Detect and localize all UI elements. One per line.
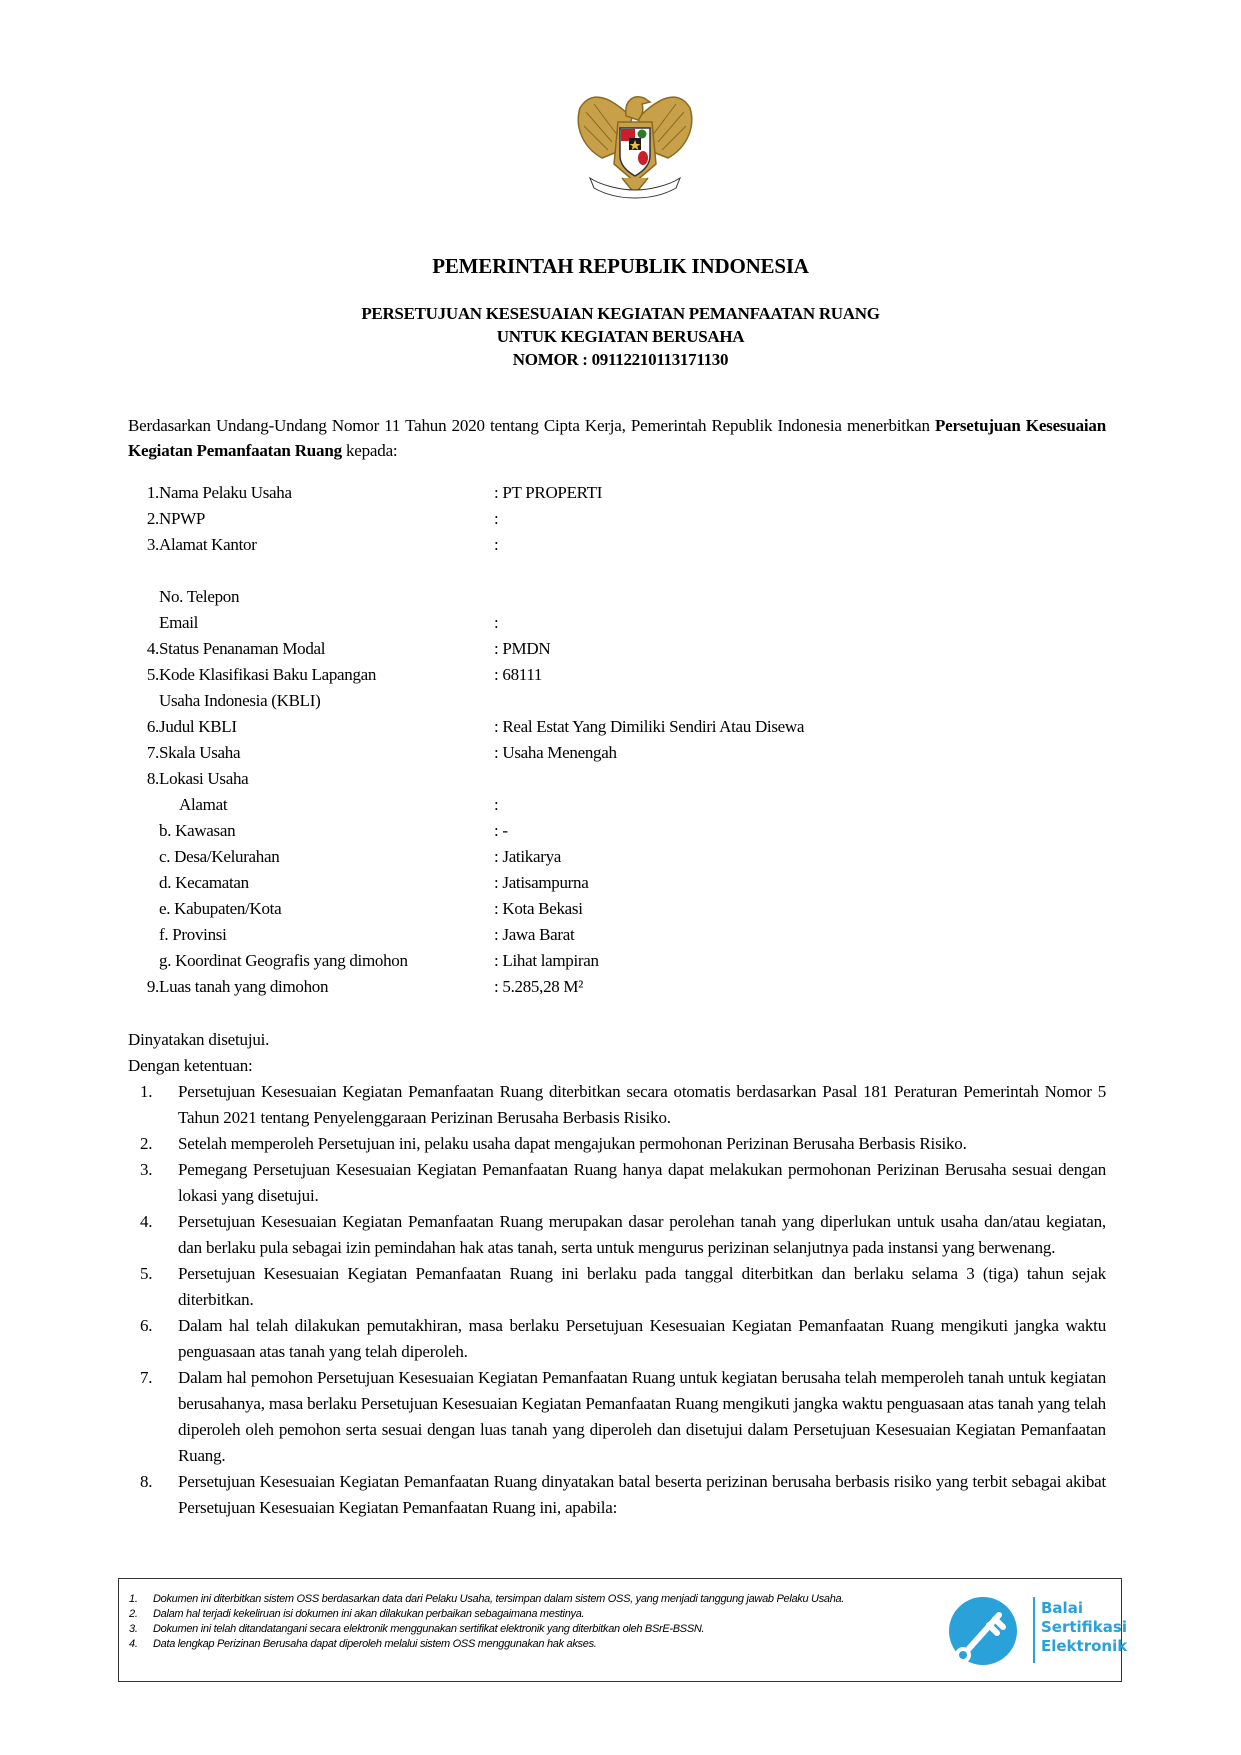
- condition-item: 6.Dalam hal telah dilakukan pemutakhiran…: [128, 1313, 1106, 1365]
- intro-paragraph: Berdasarkan Undang-Undang Nomor 11 Tahun…: [128, 413, 1106, 463]
- field-row: 6.Judul KBLI: Real Estat Yang Dimiliki S…: [139, 714, 939, 740]
- field-label: Email: [159, 610, 198, 636]
- condition-item: 8.Persetujuan Kesesuaian Kegiatan Pemanf…: [128, 1469, 1106, 1521]
- footer-note-number: 1.: [129, 1592, 138, 1607]
- field-label: Usaha Indonesia (KBLI): [159, 688, 320, 714]
- field-label: No. Telepon: [159, 584, 239, 610]
- document-title-line2: UNTUK KEGIATAN BERUSAHA: [0, 325, 1241, 348]
- field-value: :: [494, 792, 498, 818]
- field-value: : Kota Bekasi: [494, 896, 583, 922]
- bse-logo-text: Balai Sertifikasi Elektronik: [1041, 1599, 1127, 1656]
- condition-number: 5.: [140, 1261, 152, 1287]
- field-number: 7.: [139, 740, 159, 766]
- logo-text-line2: Sertifikasi: [1041, 1618, 1127, 1637]
- approval-statement: Dinyatakan disetujui.: [128, 1027, 1106, 1053]
- field-value: : 5.285,28 M²: [494, 974, 583, 1000]
- field-value: : -: [494, 818, 508, 844]
- document-title-line1: PERSETUJUAN KESESUAIAN KEGIATAN PEMANFAA…: [0, 302, 1241, 325]
- field-value: : Lihat lampiran: [494, 948, 599, 974]
- field-value: :: [494, 532, 498, 558]
- condition-number: 2.: [140, 1131, 152, 1157]
- field-number: 3.: [139, 532, 159, 558]
- conditions-heading: Dengan ketentuan:: [128, 1053, 1106, 1079]
- condition-item: 7.Dalam hal pemohon Persetujuan Kesesuai…: [128, 1365, 1106, 1469]
- document-title: PERSETUJUAN KESESUAIAN KEGIATAN PEMANFAA…: [0, 302, 1241, 371]
- field-value: : 68111: [494, 662, 542, 688]
- conditions-list: 1.Persetujuan Kesesuaian Kegiatan Pemanf…: [128, 1079, 1106, 1521]
- field-row: 2.NPWP:: [139, 506, 939, 532]
- field-row: Email:: [139, 610, 939, 636]
- field-row: d. Kecamatan: Jatisampurna: [139, 870, 939, 896]
- field-label: Kode Klasifikasi Baku Lapangan: [159, 662, 376, 688]
- condition-text: Persetujuan Kesesuaian Kegiatan Pemanfaa…: [178, 1212, 1106, 1257]
- field-number: 6.: [139, 714, 159, 740]
- field-label: e. Kabupaten/Kota: [159, 896, 281, 922]
- footer-note-number: 4.: [129, 1637, 138, 1652]
- field-value: : Real Estat Yang Dimiliki Sendiri Atau …: [494, 714, 804, 740]
- condition-number: 7.: [140, 1365, 152, 1391]
- field-row: c. Desa/Kelurahan: Jatikarya: [139, 844, 939, 870]
- applicant-fields: 1.Nama Pelaku Usaha: PT PROPERTI2.NPWP:3…: [139, 480, 939, 1000]
- field-label: Status Penanaman Modal: [159, 636, 325, 662]
- condition-item: 4.Persetujuan Kesesuaian Kegiatan Pemanf…: [128, 1209, 1106, 1261]
- condition-item: 5.Persetujuan Kesesuaian Kegiatan Pemanf…: [128, 1261, 1106, 1313]
- footer-note: 1.Dokumen ini diterbitkan sistem OSS ber…: [129, 1592, 959, 1607]
- field-label: c. Desa/Kelurahan: [159, 844, 279, 870]
- field-label: Skala Usaha: [159, 740, 240, 766]
- field-value: :: [494, 506, 498, 532]
- field-value: : Usaha Menengah: [494, 740, 617, 766]
- field-label: Nama Pelaku Usaha: [159, 480, 292, 506]
- field-row: f. Provinsi: Jawa Barat: [139, 922, 939, 948]
- field-number: 4.: [139, 636, 159, 662]
- field-row: [139, 558, 939, 584]
- condition-text: Dalam hal telah dilakukan pemutakhiran, …: [178, 1316, 1106, 1361]
- field-label: b. Kawasan: [159, 818, 235, 844]
- footer-note-text: Dalam hal terjadi kekeliruan isi dokumen…: [153, 1608, 584, 1620]
- field-value: : Jatikarya: [494, 844, 561, 870]
- footer-note: 2.Dalam hal terjadi kekeliruan isi dokum…: [129, 1607, 959, 1622]
- logo-divider: [1033, 1597, 1035, 1663]
- field-row: e. Kabupaten/Kota: Kota Bekasi: [139, 896, 939, 922]
- field-label: Judul KBLI: [159, 714, 237, 740]
- condition-item: 2.Setelah memperoleh Persetujuan ini, pe…: [128, 1131, 1106, 1157]
- field-row: 9.Luas tanah yang dimohon: 5.285,28 M²: [139, 974, 939, 1000]
- footer-note-number: 3.: [129, 1622, 138, 1637]
- field-row: 7.Skala Usaha: Usaha Menengah: [139, 740, 939, 766]
- government-title: PEMERINTAH REPUBLIK INDONESIA: [0, 254, 1241, 279]
- field-row: 1.Nama Pelaku Usaha: PT PROPERTI: [139, 480, 939, 506]
- footer-note-text: Dokumen ini diterbitkan sistem OSS berda…: [153, 1593, 844, 1605]
- field-label: NPWP: [159, 506, 205, 532]
- intro-text-after: kepada:: [342, 441, 398, 460]
- document-number: NOMOR : 09112210113171130: [0, 348, 1241, 371]
- field-row: 5.Kode Klasifikasi Baku Lapangan: 68111: [139, 662, 939, 688]
- footer-note: 3.Dokumen ini telah ditandatangani secar…: [129, 1622, 959, 1637]
- footer-notes: 1.Dokumen ini diterbitkan sistem OSS ber…: [129, 1592, 959, 1652]
- condition-item: 3.Pemegang Persetujuan Kesesuaian Kegiat…: [128, 1157, 1106, 1209]
- condition-text: Dalam hal pemohon Persetujuan Kesesuaian…: [178, 1368, 1106, 1465]
- footer-note-number: 2.: [129, 1607, 138, 1622]
- field-number: 1.: [139, 480, 159, 506]
- approval-section: Dinyatakan disetujui. Dengan ketentuan: …: [128, 1027, 1106, 1521]
- condition-item: 1.Persetujuan Kesesuaian Kegiatan Pemanf…: [128, 1079, 1106, 1131]
- garuda-emblem-icon: [572, 78, 698, 202]
- condition-number: 4.: [140, 1209, 152, 1235]
- condition-text: Setelah memperoleh Persetujuan ini, pela…: [178, 1134, 967, 1153]
- condition-text: Persetujuan Kesesuaian Kegiatan Pemanfaa…: [178, 1082, 1106, 1127]
- field-label: d. Kecamatan: [159, 870, 249, 896]
- condition-number: 1.: [140, 1079, 152, 1105]
- field-label: g. Koordinat Geografis yang dimohon: [159, 948, 408, 974]
- footer-notes-box: 1.Dokumen ini diterbitkan sistem OSS ber…: [118, 1578, 1122, 1682]
- field-value: : PMDN: [494, 636, 550, 662]
- field-row: 3.Alamat Kantor:: [139, 532, 939, 558]
- footer-note-text: Dokumen ini telah ditandatangani secara …: [153, 1623, 704, 1635]
- field-number: 9.: [139, 974, 159, 1000]
- footer-note-text: Data lengkap Perizinan Berusaha dapat di…: [153, 1638, 597, 1650]
- field-label: f. Provinsi: [159, 922, 227, 948]
- condition-text: Persetujuan Kesesuaian Kegiatan Pemanfaa…: [178, 1472, 1106, 1517]
- field-number: 8.: [139, 766, 159, 792]
- field-row: No. Telepon: [139, 584, 939, 610]
- bse-logo: Balai Sertifikasi Elektronik: [943, 1591, 1113, 1671]
- condition-number: 6.: [140, 1313, 152, 1339]
- field-value: :: [494, 610, 498, 636]
- field-row: Alamat:: [139, 792, 939, 818]
- field-label: Alamat Kantor: [159, 532, 257, 558]
- condition-number: 3.: [140, 1157, 152, 1183]
- logo-text-line1: Balai: [1041, 1599, 1127, 1618]
- field-row: g. Koordinat Geografis yang dimohon: Lih…: [139, 948, 939, 974]
- field-number: 2.: [139, 506, 159, 532]
- intro-text-before: Berdasarkan Undang-Undang Nomor 11 Tahun…: [128, 416, 935, 435]
- field-number: 5.: [139, 662, 159, 688]
- condition-text: Pemegang Persetujuan Kesesuaian Kegiatan…: [178, 1160, 1106, 1205]
- field-row: Usaha Indonesia (KBLI): [139, 688, 939, 714]
- field-value: : Jawa Barat: [494, 922, 574, 948]
- condition-number: 8.: [140, 1469, 152, 1495]
- field-label: Alamat: [179, 792, 227, 818]
- field-value: : PT PROPERTI: [494, 480, 602, 506]
- key-icon: [943, 1591, 1027, 1671]
- field-row: 8.Lokasi Usaha: [139, 766, 939, 792]
- logo-text-line3: Elektronik: [1041, 1637, 1127, 1656]
- condition-text: Persetujuan Kesesuaian Kegiatan Pemanfaa…: [178, 1264, 1106, 1309]
- field-value: : Jatisampurna: [494, 870, 588, 896]
- footer-note: 4.Data lengkap Perizinan Berusaha dapat …: [129, 1637, 959, 1652]
- field-row: b. Kawasan: -: [139, 818, 939, 844]
- field-label: Lokasi Usaha: [159, 766, 248, 792]
- field-row: 4.Status Penanaman Modal: PMDN: [139, 636, 939, 662]
- field-label: Luas tanah yang dimohon: [159, 974, 328, 1000]
